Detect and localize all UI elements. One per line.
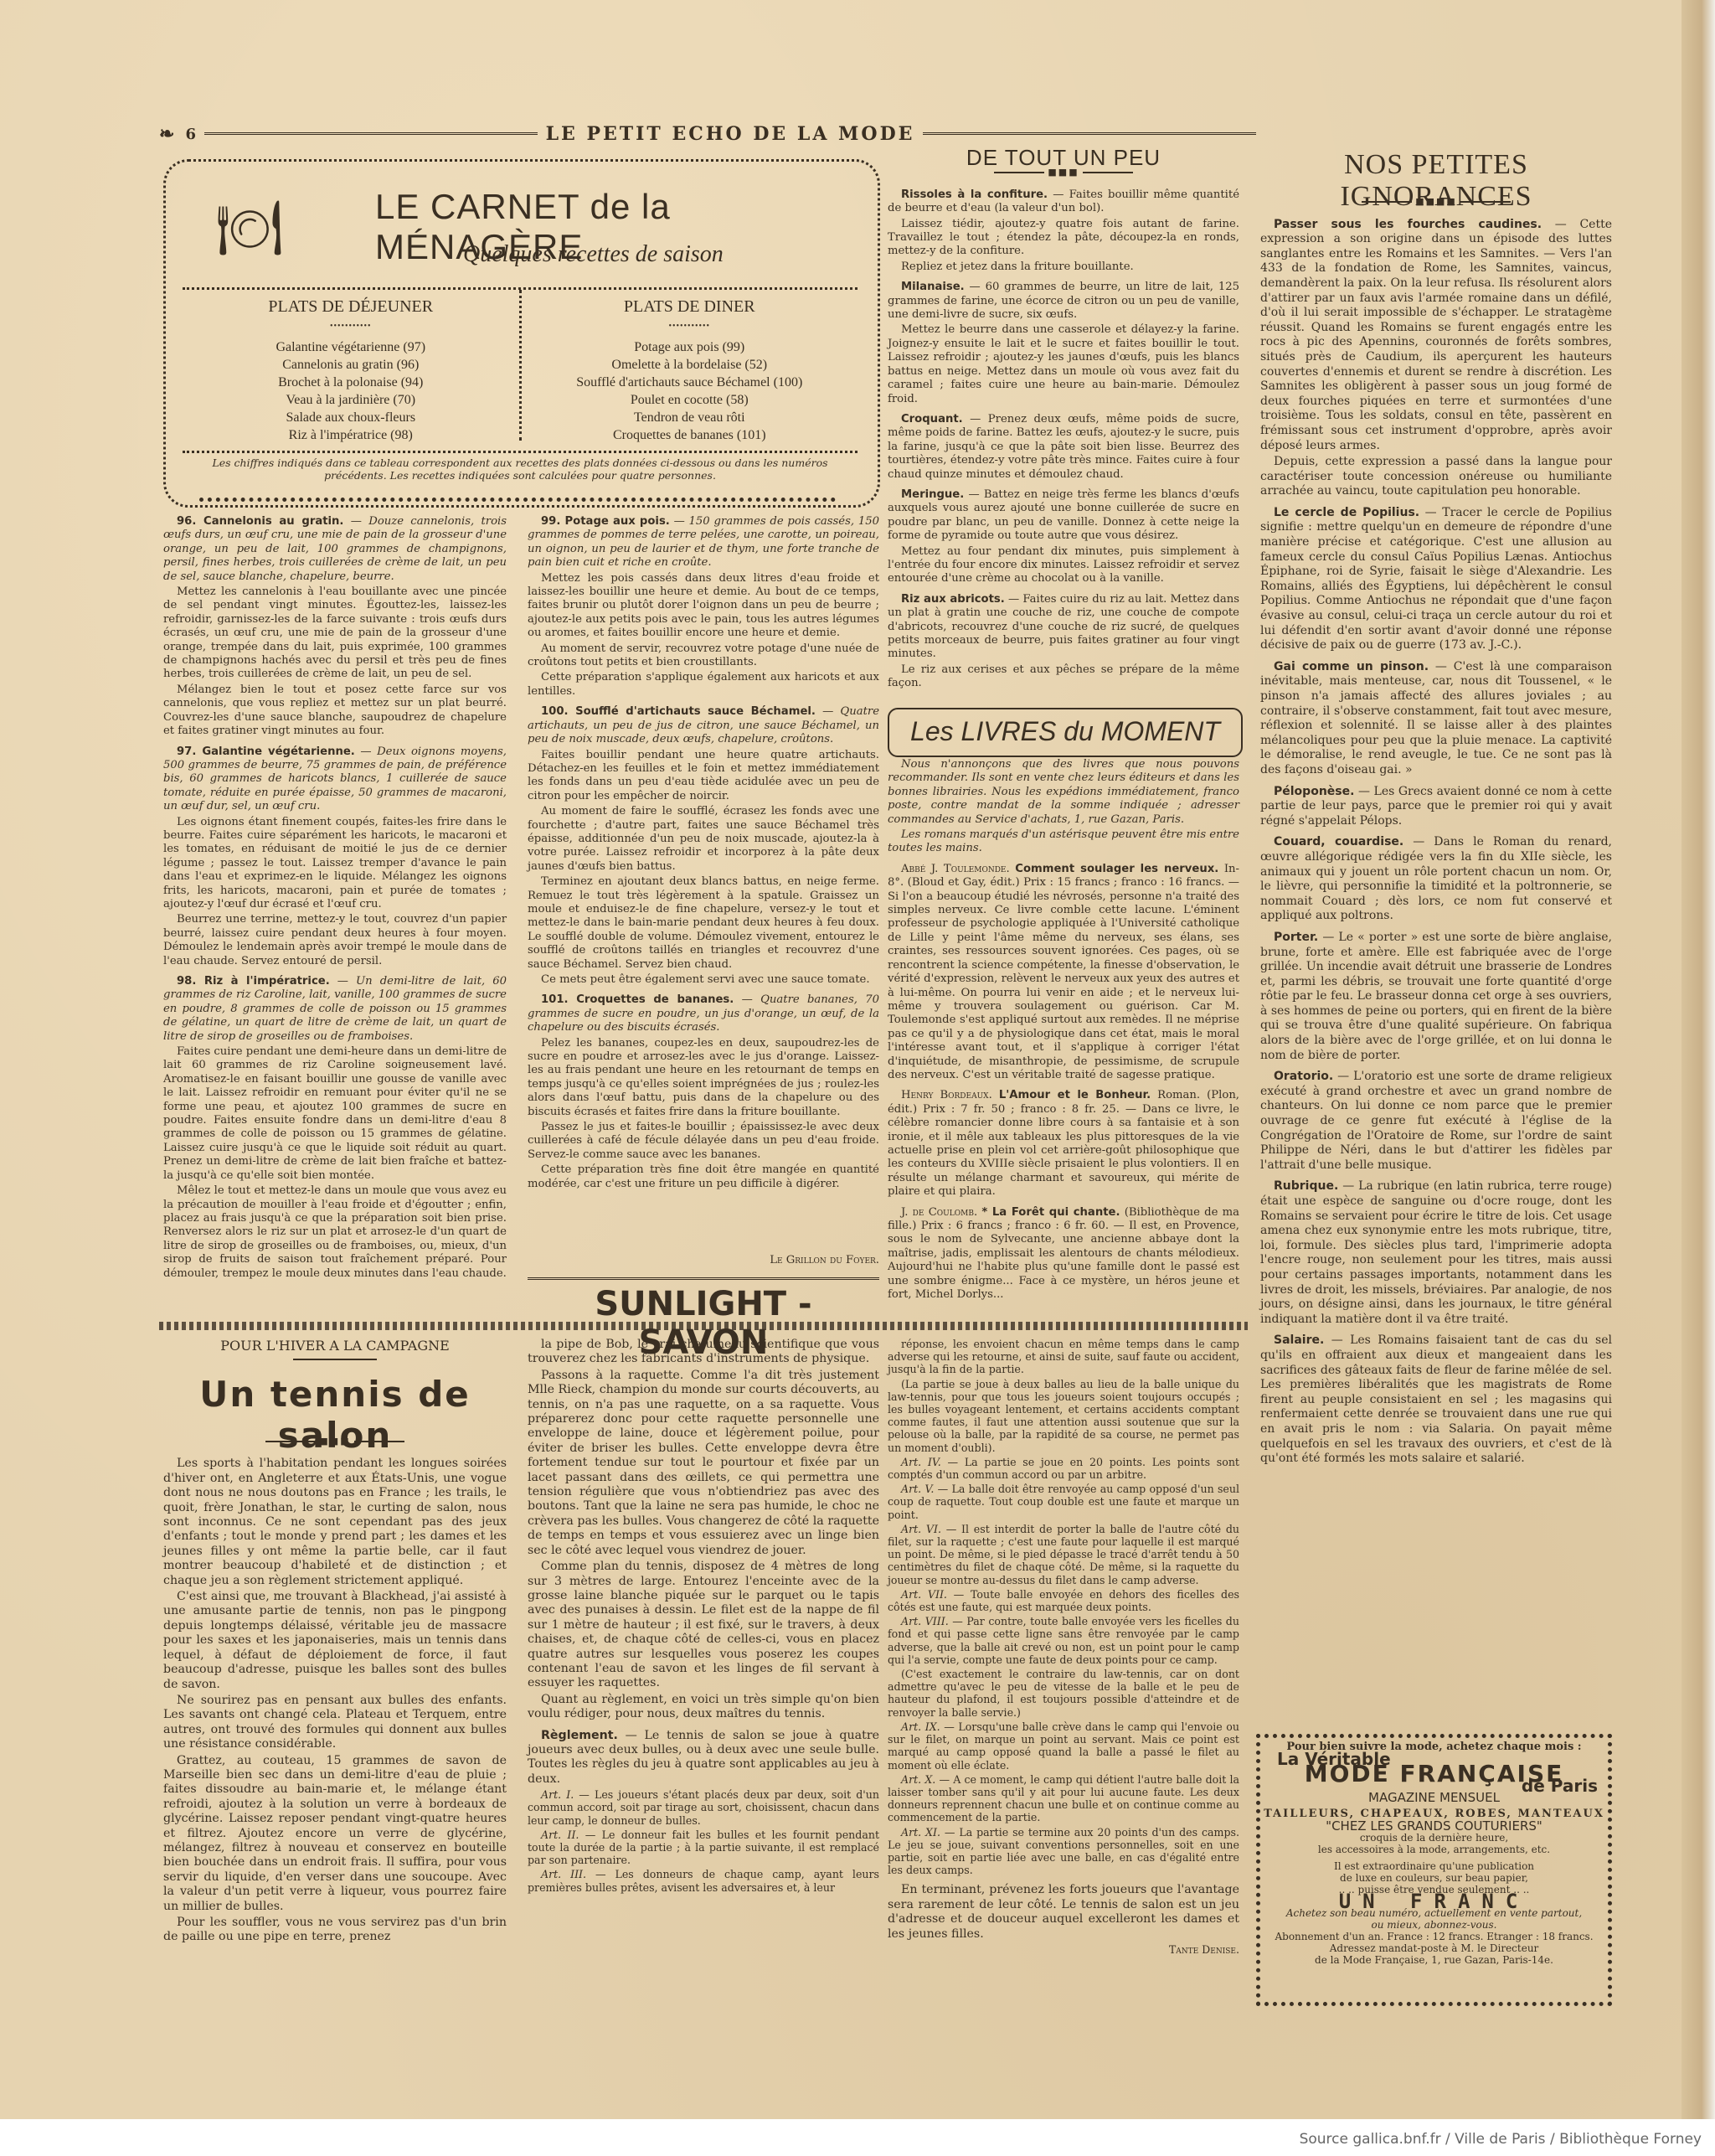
menu-list: Potage aux pois (99)Omelette à la bordel… (522, 338, 858, 444)
ad-line: de luxe en couleurs, sur beau papier, (1260, 1872, 1608, 1884)
ignorance-title: Salaire. (1274, 1333, 1324, 1347)
cook-illustration-icon: 🍽 (191, 187, 308, 271)
ornament: ■■■ (888, 166, 1239, 179)
menu-item: Croquettes de bananes (101) (522, 426, 858, 444)
ignorance-title: Porter. (1274, 931, 1318, 944)
tip-intro: Meringue. — Battez en neige très ferme l… (888, 488, 1239, 544)
book-author: Henry Bordeaux. (901, 1089, 999, 1101)
article-label: Art. X. (901, 1773, 935, 1786)
ad-line: de la Mode Française, 1, rue Gazan, Pari… (1260, 1954, 1608, 1966)
ad-line: Abonnement d'un an. France : 12 francs. … (1260, 1931, 1608, 1942)
ignorance-title: Péloponèse. (1274, 785, 1354, 798)
ignorance-entry: Couard, couardise. — Dans le Roman du re… (1260, 835, 1612, 924)
article: Art. II. — Le donneur fait les bulles et… (528, 1828, 879, 1867)
article-label: Art. VI. (901, 1523, 941, 1535)
article: Art. VII. — Toute balle envoyée en dehor… (888, 1588, 1239, 1613)
menu-heading: PLATS DE DÉJEUNER (183, 298, 519, 316)
carnet-box: 🍽 LE CARNET de la MÉNAGÈRE Quelques rece… (163, 159, 880, 508)
ignorance-title: Couard, couardise. (1274, 835, 1403, 848)
recipe-intro: 96. Cannelonis au gratin. — Douze cannel… (163, 515, 507, 584)
article: Art. IX. — Lorsqu'une balle crève dans l… (888, 1720, 1239, 1772)
source-credit: Source gallica.bnf.fr / Ville de Paris /… (1300, 2131, 1702, 2148)
tip-paragraph: Le riz aux cerises et aux pêches se prép… (888, 663, 1239, 691)
dots: ••••••••••• (522, 317, 858, 335)
menu-diner: PLATS DE DINER ••••••••••• Potage aux po… (519, 290, 858, 441)
article-label: Art. IV. (901, 1456, 941, 1468)
article-label: Art. VIII. (901, 1615, 949, 1627)
tennis-kicker: POUR L'HIVER A LA CAMPAGNE (163, 1338, 507, 1354)
recipes-signature-wrap: Le Grillon du Foyer. (528, 1252, 879, 1267)
ad-line: Il est extraordinaire qu'une publication (1260, 1860, 1608, 1872)
recipe-paragraph: Mettez les pois cassés dans deux litres … (528, 572, 879, 641)
carnet-subtitle: Quelques recettes de saison (463, 241, 724, 268)
book-author: Abbé J. Toulemonde. (901, 863, 1015, 875)
ignorance-paragraph: Depuis, cette expression a passé dans la… (1260, 455, 1612, 499)
recipe-paragraph: Cette préparation s'applique également a… (528, 671, 879, 699)
menu-item: Veau à la jardinière (70) (183, 391, 519, 409)
recipe-title: 96. Cannelonis au gratin. (177, 515, 343, 528)
recipe-paragraph: Pelez les bananes, coupez-les en deux, s… (528, 1037, 879, 1119)
menu-item: Galantine végétarienne (97) (183, 338, 519, 356)
menu-item: Poulet en cocotte (58) (522, 391, 858, 409)
menu-item: Tendron de veau rôti (522, 409, 858, 426)
tip-intro: Rissoles à la confiture. — Faites bouill… (888, 188, 1239, 216)
menu-item: Brochet à la polonaise (94) (183, 374, 519, 391)
menu-item: Cannelonis au gratin (96) (183, 356, 519, 374)
article-label: Art. V. (901, 1483, 934, 1495)
de-tout-un-peu-column: DE TOUT UN PEU ■■■ Rissoles à la confitu… (888, 151, 1239, 693)
tip-title: Rissoles à la confiture. (901, 188, 1048, 201)
ignorance-entry: Salaire. — Les Romains faisaient tant de… (1260, 1333, 1612, 1466)
tennis-paragraph: Ne sourirez pas en pensant aux bulles de… (163, 1694, 507, 1752)
recipe-paragraph: Ce mets peut être également servi avec u… (528, 973, 879, 987)
running-head: ❧ 6 LE PETIT ECHO DE LA MODE (159, 124, 1256, 144)
menu-item: Riz à l'impératrice (98) (183, 426, 519, 444)
ad-line: les accessoires à la mode, arrangements,… (1260, 1844, 1608, 1855)
recipe-paragraph: Terminez en ajoutant deux blancs battus,… (528, 875, 879, 972)
recipe-paragraph: Au moment de faire le soufflé, écrasez l… (528, 805, 879, 874)
ornament-icon: ❧ (159, 123, 177, 145)
reglement-title: Règlement. (541, 1729, 618, 1742)
rule (204, 132, 538, 137)
article-label: Art. III. (541, 1868, 586, 1880)
article-label: Art. VII. (901, 1588, 947, 1601)
tip-title: Riz aux abricots. (901, 593, 1005, 606)
recipes-signature: Le Grillon du Foyer. (528, 1254, 879, 1267)
ignorances-column: ■■■■ Passer sous les fourches caudines. … (1260, 193, 1612, 1468)
livres-intro: Nous n'annonçons que des livres que nous… (888, 758, 1239, 827)
tennis-paragraph: Les sports à l'habitation pendant les lo… (163, 1457, 507, 1588)
ad-line: Achetez son beau numéro, actuellement en… (1260, 1907, 1608, 1919)
newspaper-page: ❧ 6 LE PETIT ECHO DE LA MODE 🍽 LE CARNET… (0, 0, 1715, 2119)
recipe-intro: 99. Potage aux pois. — 150 grammes de po… (528, 515, 879, 570)
page-number: 6 (185, 126, 196, 143)
tip-paragraph: Laissez tiédir, ajoutez-y quatre fois au… (888, 218, 1239, 259)
tennis-paragraph: Grattez, au couteau, 15 grammes de savon… (163, 1754, 507, 1914)
recipe-title: 97. Galantine végétarienne. (177, 745, 355, 758)
ornament: ■■■■ (1260, 194, 1612, 209)
book-title: L'Amour et le Bonheur. (999, 1089, 1151, 1101)
article: Art. IV. — La partie se joue en 20 point… (888, 1456, 1239, 1481)
article: Art. III. — Les donneurs de chaque camp,… (528, 1868, 879, 1893)
article-label: Art. II. (541, 1828, 579, 1841)
book-entry: Henry Bordeaux. L'Amour et le Bonheur. R… (888, 1089, 1239, 1199)
book-title: * La Forêt qui chante. (981, 1206, 1120, 1219)
menu-item: Omelette à la bordelaise (52) (522, 356, 858, 374)
carnet-note: Les chiffres indiqués dans ce tableau co… (183, 451, 857, 482)
tip-intro: Croquant. — Prenez deux œufs, même poids… (888, 413, 1239, 482)
article-label: Art. I. (541, 1788, 574, 1801)
section-title: DE TOUT UN PEU (888, 151, 1239, 164)
reglement: Règlement. — Le tennis de salon se joue … (528, 1729, 879, 1787)
tennis-column-2: la pipe de Bob, le vrai chalumeau scient… (528, 1338, 879, 1896)
recipe-paragraph: Mettez les cannelonis à l'eau bouillante… (163, 585, 507, 682)
recipe-intro: 100. Soufflé d'artichauts sauce Béchamel… (528, 705, 879, 746)
tip-title: Meringue. (901, 488, 964, 501)
bead-border (199, 498, 836, 502)
tennis-paragraph: (La partie se joue à deux balles au lieu… (888, 1378, 1239, 1454)
ignorance-entry: Le cercle de Popilius. — Tracer le cercl… (1260, 506, 1612, 653)
ignorance-entry: Gai comme un pinson. — C'est là une comp… (1260, 660, 1612, 778)
recipe-paragraph: Mêlez le tout et mettez-le dans un moule… (163, 1184, 507, 1281)
menu-item: Potage aux pois (99) (522, 338, 858, 356)
article: Art. VIII. — Par contre, toute balle env… (888, 1615, 1239, 1666)
ignorance-entry: Rubrique. — La rubrique (en latin rubric… (1260, 1179, 1612, 1327)
recipe-paragraph: Beurrez une terrine, mettez-y le tout, c… (163, 913, 507, 968)
tip-paragraph: Mettez le beurre dans une casserole et d… (888, 323, 1239, 405)
rule (923, 132, 1256, 137)
tip-intro: Milanaise. — 60 grammes de beurre, un li… (888, 281, 1239, 322)
mode-francaise-ad: Pour bien suivre la mode, achetez chaque… (1256, 1734, 1612, 2006)
ignorance-title: Rubrique. (1274, 1179, 1338, 1193)
tennis-paragraph: C'est ainsi que, me trouvant à Blackhead… (163, 1590, 507, 1692)
article: Art. VI. — Il est interdit de porter la … (888, 1523, 1239, 1586)
recipe-intro: 97. Galantine végétarienne. — Deux oigno… (163, 745, 507, 814)
article: (C'est exactement le contraire du law-te… (888, 1668, 1239, 1719)
recipe-paragraph: Faites bouillir pendant une heure quatre… (528, 749, 879, 804)
book-author: J. de Coulomb. (901, 1206, 981, 1219)
intro-text: Les romans marqués d'un astérisque peuve… (888, 828, 1239, 854)
tip-paragraph: Mettez au four pendant dix minutes, puis… (888, 545, 1239, 586)
livres-column: Nous n'annonçons que des livres que nous… (888, 758, 1239, 1303)
book-entry: Abbé J. Toulemonde. Comment soulager les… (888, 863, 1239, 1083)
journal-title: LE PETIT ECHO DE LA MODE (546, 123, 915, 145)
recipes-middle-column: 99. Potage aux pois. — 150 grammes de po… (528, 515, 879, 1193)
dots: ••••••••••• (183, 317, 519, 335)
recipe-title: 101. Croquettes de bananes. (541, 993, 734, 1006)
recipe-paragraph: Cette préparation très fine doit être ma… (528, 1163, 879, 1191)
tip-title: Croquant. (901, 413, 963, 426)
recipe-intro: 98. Riz à l'impératrice. — Un demi-litre… (163, 975, 507, 1044)
livres-title: Les LIVRES du MOMENT (888, 708, 1243, 757)
article: Art. I. — Les joueurs s'étant placés deu… (528, 1788, 879, 1827)
recipe-paragraph: Passez le jus et faites-le bouillir ; ép… (528, 1121, 879, 1162)
article-label: Art. XI. (901, 1826, 940, 1839)
recipes-left-column: 96. Cannelonis au gratin. — Douze cannel… (163, 515, 507, 1282)
tennis-paragraph: Quant au règlement, en voici un très sim… (528, 1693, 879, 1722)
ignorance-title: Gai comme un pinson. (1274, 660, 1429, 673)
recipe-paragraph: Mélangez bien le tout et posez cette far… (163, 683, 507, 739)
recipe-paragraph: Faites cuire pendant une demi-heure dans… (163, 1045, 507, 1183)
ignorance-title: Oratorio. (1274, 1070, 1333, 1083)
livres-intro: Les romans marqués d'un astérisque peuve… (888, 828, 1239, 856)
ignorance-title: Le cercle de Popilius. (1274, 506, 1419, 519)
tennis-signature: Tante Denise. (888, 1943, 1239, 1956)
zigzag-divider (159, 1322, 1248, 1330)
rule (293, 1359, 377, 1360)
recipe-title: 100. Soufflé d'artichauts sauce Béchamel… (541, 705, 816, 718)
menu-item: Soufflé d'artichauts sauce Béchamel (100… (522, 374, 858, 391)
recipe-intro: 101. Croquettes de bananes. — Quatre ban… (528, 993, 879, 1034)
recipe-title: 98. Riz à l'impératrice. (177, 975, 330, 988)
intro-text: Nous n'annonçons que des livres que nous… (888, 758, 1239, 826)
recipe-paragraph: Au moment de servir, recouvrez votre pot… (528, 642, 879, 670)
ad-price: UN FRANC (1260, 1896, 1608, 1907)
tennis-column-1: ■■■ Les sports à l'habitation pendant le… (163, 1432, 507, 1947)
article: Art. XI. — La partie se termine aux 20 p… (888, 1826, 1239, 1877)
ad-line: ou mieux, abonnez-vous. (1260, 1919, 1608, 1931)
article: Art. X. — A ce moment, le camp qui détie… (888, 1773, 1239, 1824)
ad-line: Adressez mandat-poste à M. le Directeur (1260, 1942, 1608, 1954)
article: Art. V. — La balle doit être renvoyée au… (888, 1483, 1239, 1521)
menu-heading: PLATS DE DINER (522, 298, 858, 316)
tennis-paragraph: la pipe de Bob, le vrai chalumeau scient… (528, 1338, 879, 1367)
menu-item: Salade aux choux-fleurs (183, 409, 519, 426)
tip-title: Milanaise. (901, 281, 965, 293)
menus: PLATS DE DÉJEUNER ••••••••••• Galantine … (183, 287, 857, 441)
tennis-paragraph: Pour les souffler, vous ne vous servirez… (163, 1916, 507, 1945)
tip-intro: Riz aux abricots. — Faites cuire du riz … (888, 593, 1239, 662)
page-spine (1682, 0, 1715, 2119)
tennis-column-3: réponse, les envoient chacun en même tem… (888, 1338, 1239, 1956)
recipe-title: 99. Potage aux pois. (541, 515, 670, 528)
article-label: Art. IX. (901, 1720, 940, 1733)
menu-dejeuner: PLATS DE DÉJEUNER ••••••••••• Galantine … (183, 290, 519, 441)
ignorance-entry: Porter. — Le « porter » est une sorte de… (1260, 931, 1612, 1063)
ignorance-entry: Passer sous les fourches caudines. — Cet… (1260, 218, 1612, 454)
recipe-paragraph: Les oignons étant finement coupés, faite… (163, 816, 507, 912)
ignorance-title: Passer sous les fourches caudines. (1274, 218, 1542, 231)
tip-paragraph: Repliez et jetez dans la friture bouilla… (888, 260, 1239, 274)
book-entry: J. de Coulomb. * La Forêt qui chante. (B… (888, 1206, 1239, 1302)
menu-list: Galantine végétarienne (97)Cannelonis au… (183, 338, 519, 444)
ornament: ■■■ (163, 1434, 507, 1448)
ad-line: "CHEZ LES GRANDS COUTURIERS" (1260, 1820, 1608, 1832)
tennis-paragraph: réponse, les envoient chacun en même tem… (888, 1338, 1239, 1376)
book-title: Comment soulager les nerveux. (1015, 863, 1218, 875)
ignorance-entry: Péloponèse. — Les Grecs avaient donné ce… (1260, 785, 1612, 829)
tennis-paragraph: Passons à la raquette. Comme l'a dit trè… (528, 1369, 879, 1558)
ad-line: croquis de la dernière heure, (1260, 1832, 1608, 1844)
tennis-paragraph: Comme plan du tennis, disposez de 4 mètr… (528, 1560, 879, 1691)
ignorance-entry: Oratorio. — L'oratorio est une sorte de … (1260, 1070, 1612, 1173)
tennis-closing: En terminant, prévenez les forts joueurs… (888, 1883, 1239, 1942)
